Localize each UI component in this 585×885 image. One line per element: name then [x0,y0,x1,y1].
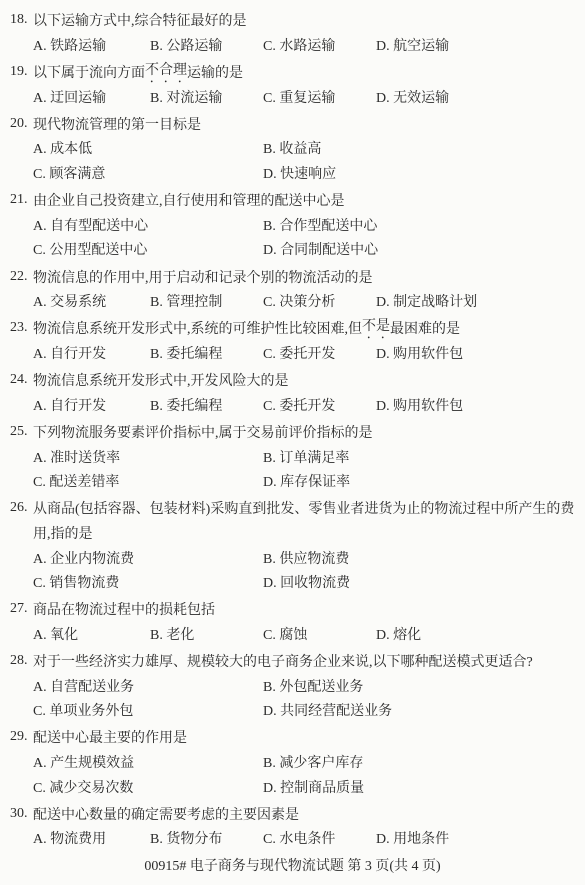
option: A. 自营配送业务 [33,676,263,696]
question-number: 23. [10,320,33,336]
question-text-line: 26.从商品(包括容器、包装材料)采购直到批发、零售业者进货为止的物流过程中所产… [0,496,585,521]
question-number: 18. [10,12,33,28]
question-list: 18.以下运输方式中,综合特征最好的是A. 铁路运输B. 公路运输C. 水路运输… [0,8,585,851]
option: C. 顾客满意 [33,163,263,183]
option: D. 无效运输 [376,87,585,107]
option: D. 熔化 [376,624,585,644]
question: 29.配送中心最主要的作用是A. 产生规模效益B. 减少客户库存C. 减少交易次… [0,725,585,799]
question: 23.物流信息系统开发形式中,系统的可维护性比较困难,但不是最困难的是A. 自行… [0,316,585,365]
question: 27.商品在物流过程中的损耗包括A. 氧化B. 老化C. 腐蚀D. 熔化 [0,597,585,646]
question-number: 25. [10,424,33,440]
option: D. 控制商品质量 [263,777,585,797]
option: D. 购用软件包 [376,395,585,415]
question-text: 从商品(包括容器、包装材料)采购直到批发、零售业者进货为止的物流过程中所产生的费 [33,498,574,518]
option: B. 减少客户库存 [263,752,585,772]
options-grid: A. 产生规模效益B. 减少客户库存C. 减少交易次数D. 控制商品质量 [33,750,585,799]
question-text: 对于一些经济实力雄厚、规模较大的电子商务企业来说,以下哪种配送模式更适合? [33,651,533,671]
option: D. 购用软件包 [376,343,585,363]
question-text: 以下属于流向方面 [33,62,145,82]
question-text-line: 18.以下运输方式中,综合特征最好的是 [0,8,585,33]
question-text-line: 用,指的是 [0,521,585,546]
question: 25.下列物流服务要素评价指标中,属于交易前评价指标的是A. 准时送货率B. 订… [0,420,585,494]
question-text: 现代物流管理的第一目标是 [33,114,201,134]
option: B. 委托编程 [150,343,263,363]
option: A. 铁路运输 [33,35,150,55]
options-grid: A. 自营配送业务B. 外包配送业务C. 单项业务外包D. 共同经营配送业务 [33,673,585,722]
options-grid: A. 物流费用B. 货物分布C. 水电条件D. 用地条件 [33,826,585,851]
option: C. 重复运输 [263,87,376,107]
page-footer: 00915# 电子商务与现代物流试题 第 3 页(共 4 页) [0,854,585,879]
option: B. 对流运输 [150,87,263,107]
option: B. 老化 [150,624,263,644]
option: B. 合作型配送中心 [263,215,585,235]
option: D. 用地条件 [376,828,585,848]
question-text: 以下运输方式中,综合特征最好的是 [33,10,247,30]
option: C. 水路运输 [263,35,376,55]
question-number: 19. [10,64,33,80]
question-text-line: 23.物流信息系统开发形式中,系统的可维护性比较困难,但不是最困难的是 [0,316,585,341]
option: A. 氧化 [33,624,150,644]
option: A. 自行开发 [33,343,150,363]
question: 28.对于一些经济实力雄厚、规模较大的电子商务企业来说,以下哪种配送模式更适合?… [0,649,585,723]
question: 18.以下运输方式中,综合特征最好的是A. 铁路运输B. 公路运输C. 水路运输… [0,8,585,57]
question: 30.配送中心数量的确定需要考虑的主要因素是A. 物流费用B. 货物分布C. 水… [0,802,585,851]
question-number: 20. [10,116,33,132]
question-number: 22. [10,269,33,285]
option: B. 供应物流费 [263,548,585,568]
question-text-line: 28.对于一些经济实力雄厚、规模较大的电子商务企业来说,以下哪种配送模式更适合? [0,649,585,674]
question-text: 物流信息系统开发形式中,系统的可维护性比较困难,但 [33,318,362,338]
option: A. 物流费用 [33,828,150,848]
exam-page: 18.以下运输方式中,综合特征最好的是A. 铁路运输B. 公路运输C. 水路运输… [0,0,585,885]
question-text: 物流信息的作用中,用于启动和记录个别的物流活动的是 [33,267,373,287]
options-grid: A. 自行开发B. 委托编程C. 委托开发D. 购用软件包 [33,392,585,417]
option: A. 企业内物流费 [33,548,263,568]
question-number: 27. [10,601,33,617]
option: B. 外包配送业务 [263,676,585,696]
question-text-line: 24.物流信息系统开发形式中,开发风险大的是 [0,368,585,393]
question-text: 最困难的是 [390,318,460,338]
option: A. 成本低 [33,138,263,158]
question-text: 下列物流服务要素评价指标中,属于交易前评价指标的是 [33,422,373,442]
question-text: 运输的是 [187,62,243,82]
options-grid: A. 铁路运输B. 公路运输C. 水路运输D. 航空运输 [33,33,585,58]
option: C. 水电条件 [263,828,376,848]
options-grid: A. 自行开发B. 委托编程C. 委托开发D. 购用软件包 [33,341,585,366]
question-number: 21. [10,192,33,208]
options-grid: A. 自有型配送中心B. 合作型配送中心C. 公用型配送中心D. 合同制配送中心 [33,213,585,262]
question: 26.从商品(包括容器、包装材料)采购直到批发、零售业者进货为止的物流过程中所产… [0,496,585,594]
question: 19.以下属于流向方面不合理运输的是A. 迂回运输B. 对流运输C. 重复运输D… [0,60,585,109]
option: D. 合同制配送中心 [263,239,585,259]
question-text-line: 29.配送中心最主要的作用是 [0,725,585,750]
option: C. 委托开发 [263,343,376,363]
emphasized-text: 不合理 [145,59,187,86]
option: A. 自行开发 [33,395,150,415]
question: 22.物流信息的作用中,用于启动和记录个别的物流活动的是A. 交易系统B. 管理… [0,264,585,313]
option: D. 制定战略计划 [376,291,585,311]
options-grid: A. 准时送货率B. 订单满足率C. 配送差错率D. 库存保证率 [33,444,585,493]
question-number: 24. [10,372,33,388]
question-text: 物流信息系统开发形式中,开发风险大的是 [33,370,289,390]
question-text: 配送中心数量的确定需要考虑的主要因素是 [33,804,299,824]
option: B. 管理控制 [150,291,263,311]
options-grid: A. 交易系统B. 管理控制C. 决策分析D. 制定战略计划 [33,289,585,314]
option: A. 迂回运输 [33,87,150,107]
option: C. 委托开发 [263,395,376,415]
question: 21.由企业自己投资建立,自行使用和管理的配送中心是A. 自有型配送中心B. 合… [0,188,585,262]
option: A. 自有型配送中心 [33,215,263,235]
question-text-line: 19.以下属于流向方面不合理运输的是 [0,60,585,85]
question-text-line: 30.配送中心数量的确定需要考虑的主要因素是 [0,802,585,827]
question-text: 商品在物流过程中的损耗包括 [33,599,215,619]
question-text-line: 25.下列物流服务要素评价指标中,属于交易前评价指标的是 [0,420,585,445]
option: A. 交易系统 [33,291,150,311]
option: C. 决策分析 [263,291,376,311]
question-text-line: 22.物流信息的作用中,用于启动和记录个别的物流活动的是 [0,264,585,289]
option: D. 库存保证率 [263,471,585,491]
question-number: 29. [10,729,33,745]
question-text-line: 20.现代物流管理的第一目标是 [0,112,585,137]
question-text-line: 27.商品在物流过程中的损耗包括 [0,597,585,622]
option: C. 减少交易次数 [33,777,263,797]
option: C. 单项业务外包 [33,700,263,720]
option: A. 准时送货率 [33,447,263,467]
options-grid: A. 企业内物流费B. 供应物流费C. 销售物流费D. 回收物流费 [33,545,585,594]
option: C. 公用型配送中心 [33,239,263,259]
option: D. 共同经营配送业务 [263,700,585,720]
option: C. 销售物流费 [33,572,263,592]
question-number: 26. [10,500,33,516]
option: C. 配送差错率 [33,471,263,491]
question-text: 配送中心最主要的作用是 [33,727,187,747]
option: B. 收益高 [263,138,585,158]
options-grid: A. 迂回运输B. 对流运输C. 重复运输D. 无效运输 [33,84,585,109]
option: B. 订单满足率 [263,447,585,467]
option: D. 快速响应 [263,163,585,183]
question-text: 由企业自己投资建立,自行使用和管理的配送中心是 [33,190,345,210]
question-text: 用,指的是 [33,523,93,543]
option: A. 产生规模效益 [33,752,263,772]
options-grid: A. 氧化B. 老化C. 腐蚀D. 熔化 [33,622,585,647]
option: B. 公路运输 [150,35,263,55]
question: 24.物流信息系统开发形式中,开发风险大的是A. 自行开发B. 委托编程C. 委… [0,368,585,417]
question-text-line: 21.由企业自己投资建立,自行使用和管理的配送中心是 [0,188,585,213]
options-grid: A. 成本低B. 收益高C. 顾客满意D. 快速响应 [33,136,585,185]
option: C. 腐蚀 [263,624,376,644]
option: D. 航空运输 [376,35,585,55]
option: B. 委托编程 [150,395,263,415]
question: 20.现代物流管理的第一目标是A. 成本低B. 收益高C. 顾客满意D. 快速响… [0,112,585,186]
option: D. 回收物流费 [263,572,585,592]
option: B. 货物分布 [150,828,263,848]
question-number: 30. [10,806,33,822]
emphasized-text: 不是 [362,315,390,342]
question-number: 28. [10,653,33,669]
